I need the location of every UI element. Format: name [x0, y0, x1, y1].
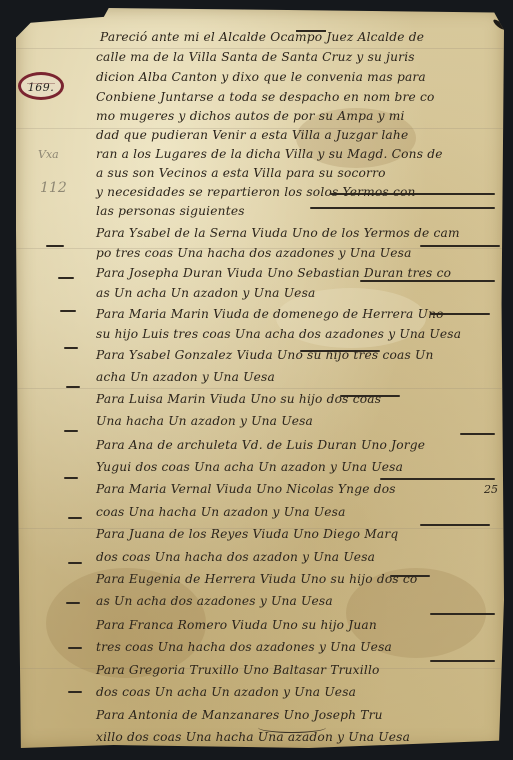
text-line: Para Eugenia de Herrera Viuda Uno su hij… — [96, 572, 417, 586]
line-filler — [430, 613, 495, 615]
entry-dash — [60, 310, 76, 312]
line-filler — [360, 280, 495, 282]
entry-dash — [66, 602, 80, 604]
text-line: su hijo Luis tres coas Una acha dos azad… — [96, 327, 461, 341]
label-rule — [27, 83, 55, 84]
text-line: Conbiene Juntarse a toda se despacho en … — [96, 90, 435, 104]
text-line: xillo dos coas Una hacha Una azadon y Un… — [96, 730, 410, 744]
text-line: dos coas Una hacha dos azadon y Una Uesa — [96, 550, 375, 564]
text-line: Para Maria Vernal Viuda Uno Nicolas Ynge… — [96, 482, 396, 496]
text-line: Para Ysabel de la Serna Viuda Uno de los… — [96, 226, 460, 240]
entry-dash — [68, 562, 82, 564]
entry-dash — [66, 386, 80, 388]
entry-dash — [68, 647, 82, 649]
entry-dash — [64, 477, 78, 479]
text-line: dos coas Un acha Un azadon y Una Uesa — [96, 685, 356, 699]
marginal-number: 25 — [484, 483, 498, 496]
text-line: Para Franca Romero Viuda Uno su hijo Jua… — [96, 618, 377, 632]
text-line: ran a los Lugares de la dicha Villa y su… — [96, 147, 443, 161]
entry-dash — [68, 517, 82, 519]
text-line: las personas siguientes — [96, 204, 245, 218]
text-line: Para Gregoria Truxillo Uno Baltasar Trux… — [96, 663, 380, 677]
text-line: as Un acha Un azadon y Una Uesa — [96, 286, 316, 300]
entry-dash — [64, 347, 78, 349]
line-filler — [420, 245, 500, 247]
line-filler — [420, 524, 490, 526]
entry-dash — [68, 691, 82, 693]
text-line: Pareció ante mi el Alcalde Ocampo Juez A… — [100, 30, 424, 44]
paper-ruling — [16, 48, 504, 49]
entry-dash — [46, 245, 64, 247]
text-line: calle ma de la Villa Santa de Santa Cruz… — [96, 50, 415, 64]
text-line: coas Una hacha Un azadon y Una Uesa — [96, 505, 346, 519]
text-line: Yugui dos coas Una acha Un azadon y Una … — [96, 460, 403, 474]
text-line: Para Juana de los Reyes Viuda Uno Diego … — [96, 527, 398, 541]
line-filler — [430, 660, 495, 662]
text-line: Para Maria Marin Viuda de domenego de He… — [96, 307, 444, 321]
text-line: a sus son Vecinos a esta Villa para su s… — [96, 166, 386, 180]
entry-dash — [64, 430, 78, 432]
entry-dash — [58, 277, 74, 279]
text-line: dicion Alba Canton y dixo que le conveni… — [96, 70, 426, 84]
text-line: Una hacha Un azadon y Una Uesa — [96, 414, 313, 428]
text-line: acha Un azadon y Una Uesa — [96, 370, 275, 384]
text-line: mo mugeres y dichos autos de por su Ampa… — [96, 109, 405, 123]
margin-note: Vxa — [38, 148, 59, 161]
text-line: as Un acha dos azadones y Una Uesa — [96, 594, 333, 608]
text-line: dad que pudieran Venir a esta Villa a Ju… — [96, 128, 408, 142]
text-line: Para Josepha Duran Viuda Uno Sebastian D… — [96, 266, 451, 280]
margin-note: 112 — [40, 180, 67, 196]
paper-ruling — [16, 388, 504, 389]
text-line: Para Luisa Marin Viuda Uno su hijo dos c… — [96, 392, 381, 406]
text-line: po tres coas Una hacha dos azadones y Un… — [96, 246, 412, 260]
line-filler — [460, 433, 495, 435]
text-line: Para Ana de archuleta Vd. de Luis Duran … — [96, 438, 425, 452]
text-line: Para Antonia de Manzanares Uno Joseph Tr… — [96, 708, 383, 722]
text-line: y necesidades se repartieron los solos Y… — [96, 185, 416, 199]
line-filler — [310, 207, 495, 209]
ink-blot-mark — [492, 18, 506, 31]
folio-number-label: 169. — [18, 72, 64, 100]
line-filler — [380, 478, 495, 480]
text-line: Para Ysabel Gonzalez Viuda Uno su hijo t… — [96, 348, 434, 362]
text-line: tres coas Una hacha dos azadones y Una U… — [96, 640, 392, 654]
